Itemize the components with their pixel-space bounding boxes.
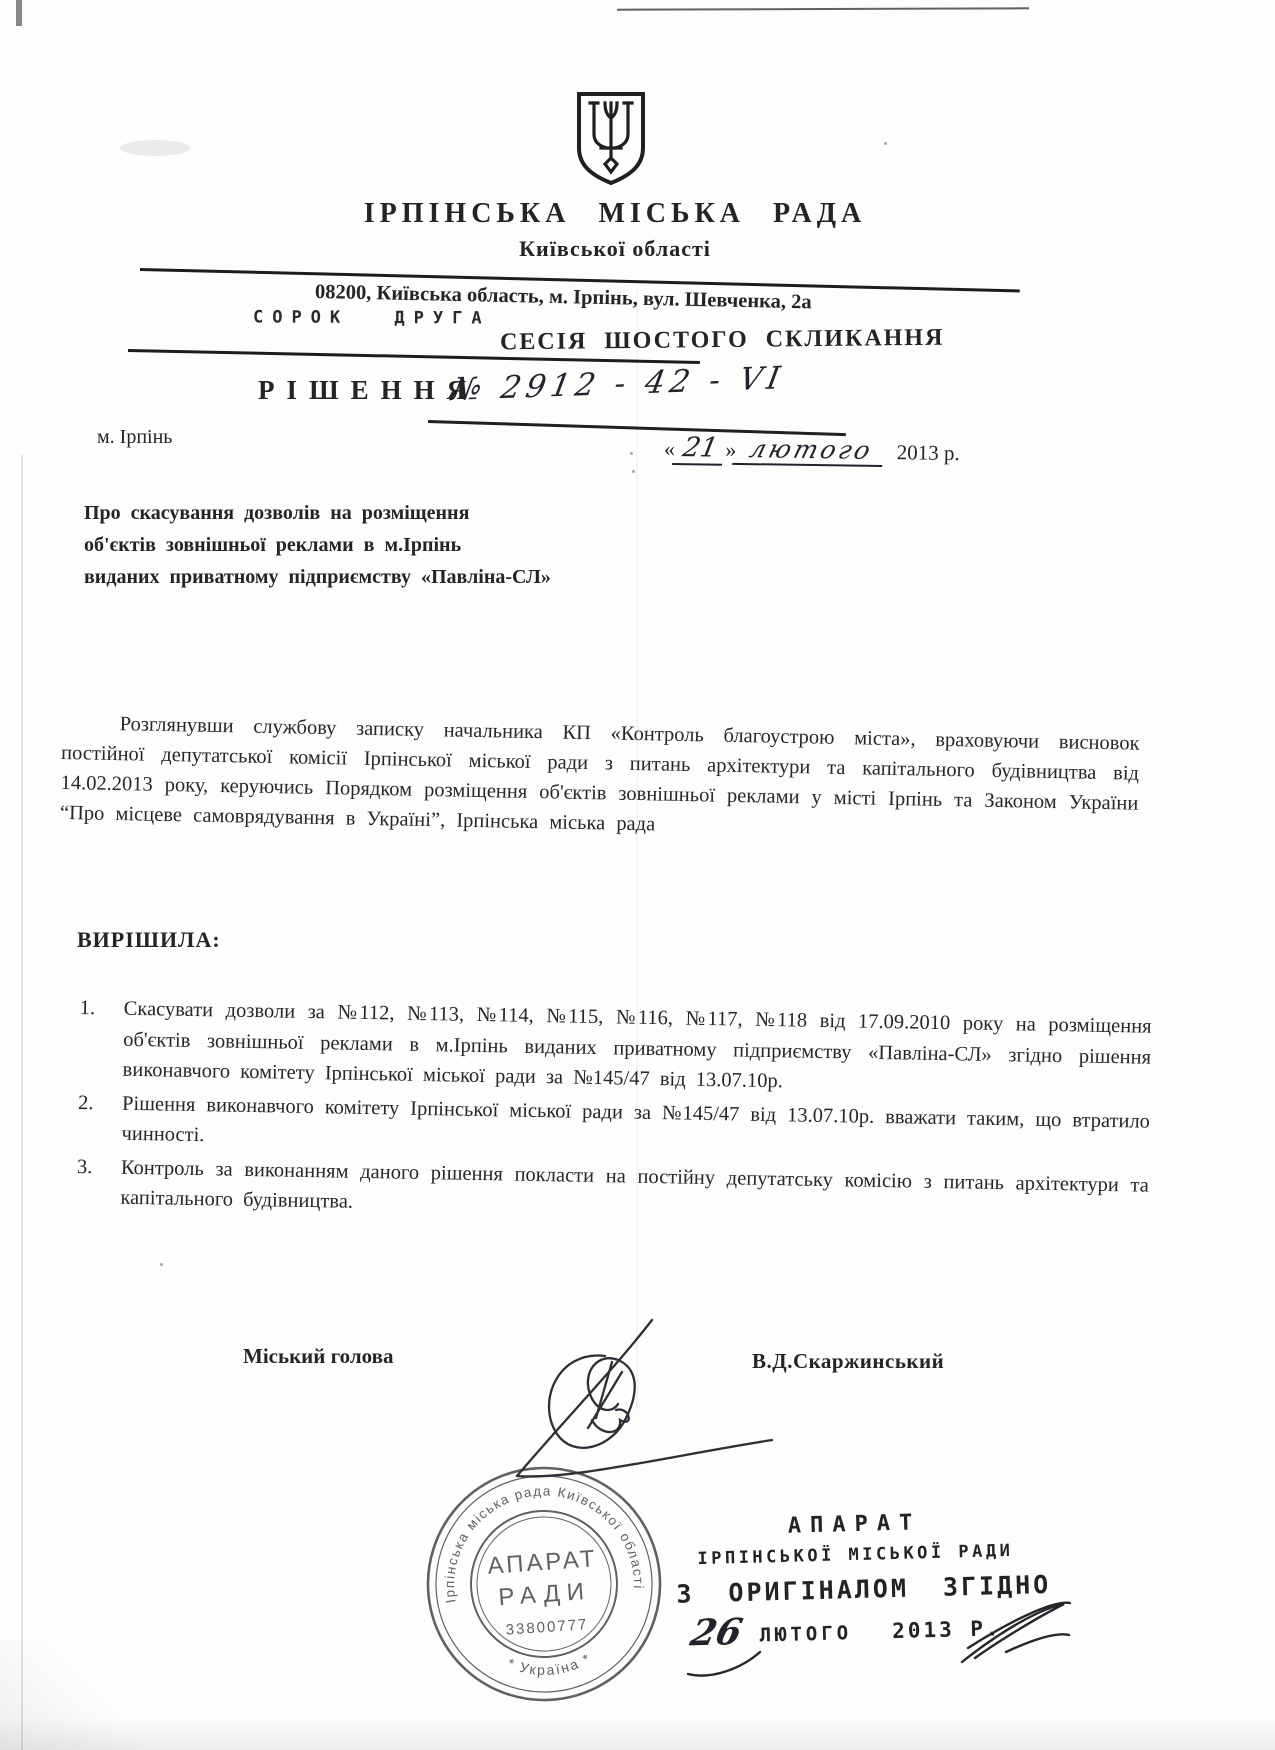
stamp-inner-code: 33800777 (505, 1616, 589, 1639)
scan-corner-mark (16, 0, 22, 26)
handwritten-day: 21 (672, 432, 729, 466)
certify-date-row: 26 ЛЮТОГО 2013 Р. (677, 1609, 1038, 1648)
certification-stamp: АПАРАТ ІРПІНСЬКОЇ МІСЬКОЇ РАДИ З ОРИГІНА… (674, 1507, 1037, 1648)
org-region: Київської області (0, 236, 1230, 262)
stamp-inner-line2: РАДИ (498, 1578, 592, 1611)
signatory-title: Міський голова (243, 1344, 393, 1369)
scanned-document-page: { "header": { "org_name": "ІРПІНСЬКА МІС… (0, 0, 1275, 1750)
stamp-inner-line1: АПАРАТ (487, 1545, 599, 1580)
preamble-paragraph: Розглянувши службову записку начальника … (60, 708, 1140, 849)
stamp-ring-bottom-text: * Україна * (504, 1649, 595, 1681)
certify-line-1: АПАРАТ (674, 1507, 1035, 1541)
ukraine-trident-emblem (572, 90, 650, 188)
scan-left-edge (21, 455, 23, 1750)
scan-speck (632, 470, 635, 473)
certify-year: 2013 Р. (892, 1616, 1002, 1643)
org-name: ІРПІНСЬКА МІСЬКА РАДА (0, 198, 1230, 230)
handwritten-certify-day: 26 (688, 1617, 745, 1648)
subject-line-1: Про скасування дозволів на розміщення (84, 497, 664, 529)
resolution-item: 1. Скасувати дозволи за №112, №113, №114… (78, 993, 1151, 1103)
item-number: 3. (76, 1151, 121, 1213)
resolution-items: 1. Скасувати дозволи за №112, №113, №114… (76, 993, 1152, 1234)
certify-line-3: З ОРИГІНАЛОМ ЗГІДНО (676, 1570, 1037, 1608)
decision-date: «21»лютого2013 р. (664, 432, 960, 469)
city-label: м. Ірпінь (97, 426, 172, 449)
date-year: 2013 р. (897, 440, 960, 465)
page-corner-shadow (0, 1640, 150, 1750)
subject-line-3: виданих приватному підприємству «Павліна… (84, 561, 664, 593)
scan-speck (160, 1263, 163, 1266)
certify-month: ЛЮТОГО (759, 1622, 852, 1646)
subject-line-2: об'єктів зовнішньої реклами в м.Ірпінь (84, 529, 664, 561)
scan-speck (884, 142, 887, 145)
pencil-smudge (120, 140, 190, 156)
resolved-heading: ВИРІШИЛА: (77, 927, 221, 953)
session-title: СЕСІЯ ШОСТОГО СКЛИКАННЯ (500, 325, 945, 357)
session-number-stamp: СОРОК ДРУГА (253, 307, 491, 328)
item-number: 1. (78, 993, 124, 1085)
scan-bottom-shadow (0, 1716, 1275, 1750)
handwritten-month: лютого (732, 434, 891, 467)
signatory-name: В.Д.Скаржинський (752, 1349, 944, 1374)
item-text: Скасувати дозволи за №112, №113, №114, №… (122, 994, 1151, 1103)
round-seal-stamp: Ірпінська міська рада Київської області … (407, 1447, 680, 1720)
subject-block: Про скасування дозволів на розміщення об… (84, 497, 664, 593)
item-number: 2. (77, 1087, 122, 1149)
paper-fold-line (636, 290, 638, 1410)
scan-speck (630, 452, 633, 455)
certify-line-2: ІРПІНСЬКОЇ МІСЬКОЇ РАДИ (675, 1540, 1035, 1569)
scan-edge-line (617, 7, 1029, 10)
